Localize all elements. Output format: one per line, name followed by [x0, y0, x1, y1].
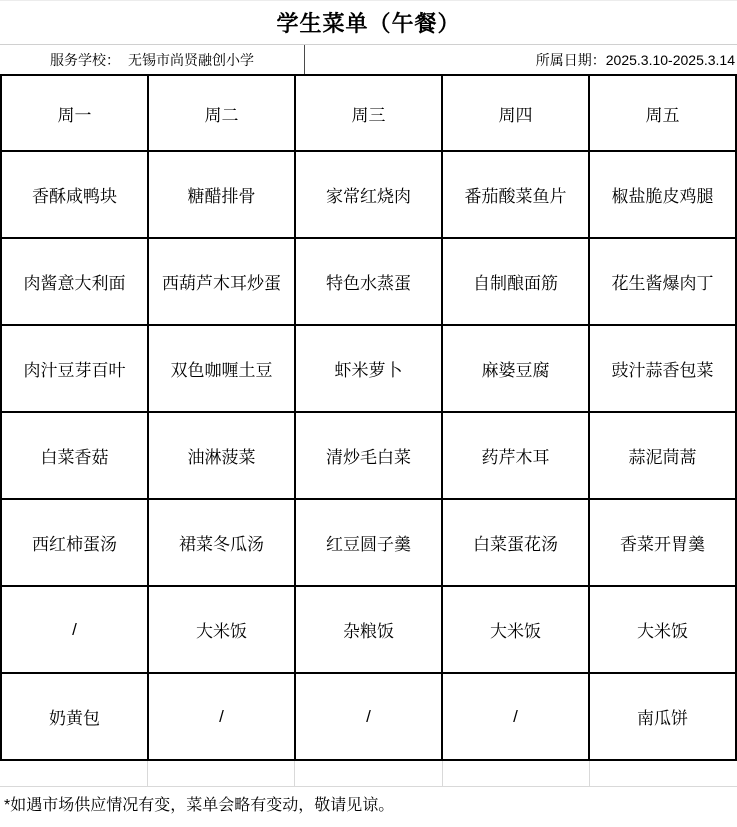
menu-cell: / [1, 586, 148, 673]
menu-row: 香酥咸鸭块糖醋排骨家常红烧肉番茄酸菜鱼片椒盐脆皮鸡腿 [1, 151, 736, 238]
menu-cell: 裙菜冬瓜汤 [148, 499, 295, 586]
school-label: 服务学校： [50, 50, 120, 70]
menu-cell: 红豆圆子羹 [295, 499, 442, 586]
menu-cell: / [295, 673, 442, 760]
weekday-header-cell: 周三 [295, 75, 442, 151]
school-cell: 服务学校：无锡市尚贤融创小学 [0, 45, 305, 74]
gridline [443, 761, 591, 786]
menu-cell: 大米饭 [148, 586, 295, 673]
weekday-header-row: 周一周二周三周四周五 [1, 75, 736, 151]
menu-cell: 奶黄包 [1, 673, 148, 760]
date-label: 所属日期： [536, 50, 606, 70]
menu-cell: 清炒毛白菜 [295, 412, 442, 499]
menu-cell: 西红柿蛋汤 [1, 499, 148, 586]
school-name: 无锡市尚贤融创小学 [128, 50, 254, 70]
menu-cell: 南瓜饼 [589, 673, 736, 760]
menu-row: 肉汁豆芽百叶双色咖喱土豆虾米萝卜麻婆豆腐豉汁蒜香包菜 [1, 325, 736, 412]
date-range: 2025.3.10-2025.3.14 [606, 52, 735, 68]
menu-cell: 花生酱爆肉丁 [589, 238, 736, 325]
menu-cell: 番茄酸菜鱼片 [442, 151, 589, 238]
weekday-header-cell: 周四 [442, 75, 589, 151]
menu-row: 奶黄包///南瓜饼 [1, 673, 736, 760]
menu-cell: 肉汁豆芽百叶 [1, 325, 148, 412]
menu-cell: 家常红烧肉 [295, 151, 442, 238]
menu-cell: 杂粮饭 [295, 586, 442, 673]
menu-sheet: 学生菜单（午餐） 服务学校：无锡市尚贤融创小学 所属日期：2025.3.10-2… [0, 0, 737, 827]
menu-cell: 双色咖喱土豆 [148, 325, 295, 412]
menu-cell: 蒜泥茼蒿 [589, 412, 736, 499]
menu-cell: 香酥咸鸭块 [1, 151, 148, 238]
gridline-spacer [0, 761, 737, 787]
menu-cell: 西葫芦木耳炒蛋 [148, 238, 295, 325]
menu-cell: 特色水蒸蛋 [295, 238, 442, 325]
menu-row: 白菜香菇油淋菠菜清炒毛白菜药芹木耳蒜泥茼蒿 [1, 412, 736, 499]
gridline [590, 761, 737, 786]
menu-cell: 白菜香菇 [1, 412, 148, 499]
menu-cell: 油淋菠菜 [148, 412, 295, 499]
menu-table-body: 香酥咸鸭块糖醋排骨家常红烧肉番茄酸菜鱼片椒盐脆皮鸡腿肉酱意大利面西葫芦木耳炒蛋特… [1, 151, 736, 760]
menu-cell: / [148, 673, 295, 760]
menu-cell: 椒盐脆皮鸡腿 [589, 151, 736, 238]
menu-cell: 糖醋排骨 [148, 151, 295, 238]
menu-cell: 肉酱意大利面 [1, 238, 148, 325]
menu-row: 西红柿蛋汤裙菜冬瓜汤红豆圆子羹白菜蛋花汤香菜开胃羹 [1, 499, 736, 586]
menu-cell: 虾米萝卜 [295, 325, 442, 412]
menu-table: 周一周二周三周四周五 香酥咸鸭块糖醋排骨家常红烧肉番茄酸菜鱼片椒盐脆皮鸡腿肉酱意… [0, 74, 737, 761]
weekday-header-cell: 周二 [148, 75, 295, 151]
footnote: *如遇市场供应情况有变，菜单会略有变动，敬请见谅。 [0, 787, 737, 819]
menu-cell: 香菜开胃羹 [589, 499, 736, 586]
menu-cell: 豉汁蒜香包菜 [589, 325, 736, 412]
menu-cell: 大米饭 [589, 586, 736, 673]
page-title: 学生菜单（午餐） [0, 1, 737, 44]
weekday-header-cell: 周五 [589, 75, 736, 151]
date-cell: 所属日期：2025.3.10-2025.3.14 [305, 45, 737, 74]
menu-row: /大米饭杂粮饭大米饭大米饭 [1, 586, 736, 673]
menu-cell: 麻婆豆腐 [442, 325, 589, 412]
menu-cell: 白菜蛋花汤 [442, 499, 589, 586]
gridline [148, 761, 296, 786]
menu-cell: 药芹木耳 [442, 412, 589, 499]
menu-cell: 大米饭 [442, 586, 589, 673]
weekday-header-cell: 周一 [1, 75, 148, 151]
menu-cell: / [442, 673, 589, 760]
menu-row: 肉酱意大利面西葫芦木耳炒蛋特色水蒸蛋自制酿面筋花生酱爆肉丁 [1, 238, 736, 325]
menu-cell: 自制酿面筋 [442, 238, 589, 325]
info-bar: 服务学校：无锡市尚贤融创小学 所属日期：2025.3.10-2025.3.14 [0, 44, 737, 74]
gridline [0, 761, 148, 786]
gridline [295, 761, 443, 786]
